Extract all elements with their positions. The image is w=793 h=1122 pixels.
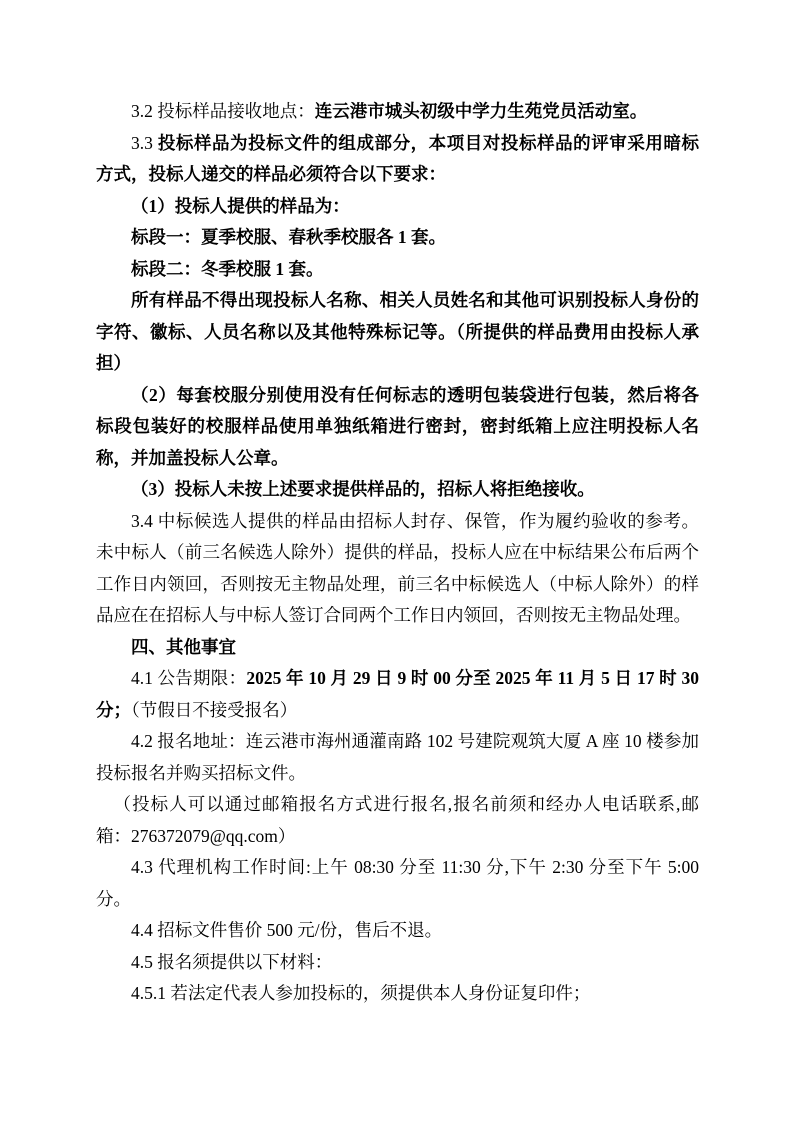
text-run: 4.4 招标文件售价 500 元/份，售后不退。 <box>131 920 442 940</box>
text-run: 3.2 投标样品接收地点： <box>131 101 315 121</box>
text-run: 4.3 代理机构工作时间:上午 08:30 分至 11:30 分,下午 2:30… <box>96 857 699 909</box>
document-body: 3.2 投标样品接收地点：连云港市城头初级中学力生苑党员活动室。3.3 投标样品… <box>96 96 699 1010</box>
paragraph-section-4-heading: 四、其他事宜 <box>96 632 699 664</box>
paragraph-clause-3-3-item-1: （1）投标人提供的样品为： <box>96 191 699 223</box>
paragraph-email-registration-note: （投标人可以通过邮箱报名方式进行报名,报名前须和经办人电话联系,邮箱：27637… <box>96 789 699 852</box>
text-run: 标段一：夏季校服、春秋季校服各 1 套。 <box>131 227 446 247</box>
text-run: 4.1 公告期限： <box>131 668 246 688</box>
paragraph-clause-4-3: 4.3 代理机构工作时间:上午 08:30 分至 11:30 分,下午 2:30… <box>96 852 699 915</box>
text-run: （1）投标人提供的样品为： <box>131 196 350 216</box>
text-run: 投标样品为投标文件的组成部分，本项目对投标样品的评审采用暗标方式，投标人递交的样… <box>96 133 699 185</box>
text-run: 连云港市城头初级中学力生苑党员活动室。 <box>315 101 648 121</box>
paragraph-clause-4-5: 4.5 报名须提供以下材料： <box>96 947 699 979</box>
text-run: （2）每套校服分别使用没有任何标志的透明包装袋进行包装，然后将各标段包装好的校服… <box>96 385 699 468</box>
paragraph-lot-2-samples: 标段二：冬季校服 1 套。 <box>96 254 699 286</box>
paragraph-clause-3-4: 3.4 中标候选人提供的样品由招标人封存、保管，作为履约验收的参考。未中标人（前… <box>96 506 699 632</box>
paragraph-sample-anonymity-rule: 所有样品不得出现投标人名称、相关人员姓名和其他可识别投标人身份的字符、徽标、人员… <box>96 285 699 380</box>
paragraph-clause-3-3: 3.3 投标样品为投标文件的组成部分，本项目对投标样品的评审采用暗标方式，投标人… <box>96 128 699 191</box>
text-run: 4.5 报名须提供以下材料： <box>131 952 332 972</box>
paragraph-clause-4-5-1: 4.5.1 若法定代表人参加投标的，须提供本人身份证复印件； <box>96 978 699 1010</box>
text-run: （3）投标人未按上述要求提供样品的，招标人将拒绝接收。 <box>131 479 595 499</box>
paragraph-clause-3-3-item-2: （2）每套校服分别使用没有任何标志的透明包装袋进行包装，然后将各标段包装好的校服… <box>96 380 699 475</box>
text-run: （节假日不接受报名） <box>131 700 297 720</box>
paragraph-clause-4-1: 4.1 公告期限：2025 年 10 月 29 日 9 时 00 分至 2025… <box>96 663 699 726</box>
text-run: 4.5.1 若法定代表人参加投标的，须提供本人身份证复印件； <box>131 983 590 1003</box>
paragraph-clause-3-2: 3.2 投标样品接收地点：连云港市城头初级中学力生苑党员活动室。 <box>96 96 699 128</box>
document-page: 3.2 投标样品接收地点：连云港市城头初级中学力生苑党员活动室。3.3 投标样品… <box>0 0 793 1122</box>
text-run: 四、其他事宜 <box>131 637 236 657</box>
text-run: 4.2 报名地址：连云港市海州通灌南路 102 号建院观筑大厦 A 座 10 楼… <box>96 731 699 783</box>
text-run: （投标人可以通过邮箱报名方式进行报名,报名前须和经办人电话联系,邮箱：27637… <box>96 794 699 846</box>
paragraph-clause-4-4: 4.4 招标文件售价 500 元/份，售后不退。 <box>96 915 699 947</box>
text-run: 标段二：冬季校服 1 套。 <box>131 259 324 279</box>
paragraph-lot-1-samples: 标段一：夏季校服、春秋季校服各 1 套。 <box>96 222 699 254</box>
text-run: 3.4 中标候选人提供的样品由招标人封存、保管，作为履约验收的参考。未中标人（前… <box>96 511 699 626</box>
paragraph-clause-4-2: 4.2 报名地址：连云港市海州通灌南路 102 号建院观筑大厦 A 座 10 楼… <box>96 726 699 789</box>
text-run: 所有样品不得出现投标人名称、相关人员姓名和其他可识别投标人身份的字符、徽标、人员… <box>96 290 699 373</box>
paragraph-clause-3-3-item-3: （3）投标人未按上述要求提供样品的，招标人将拒绝接收。 <box>96 474 699 506</box>
text-run: 3.3 <box>131 133 158 153</box>
